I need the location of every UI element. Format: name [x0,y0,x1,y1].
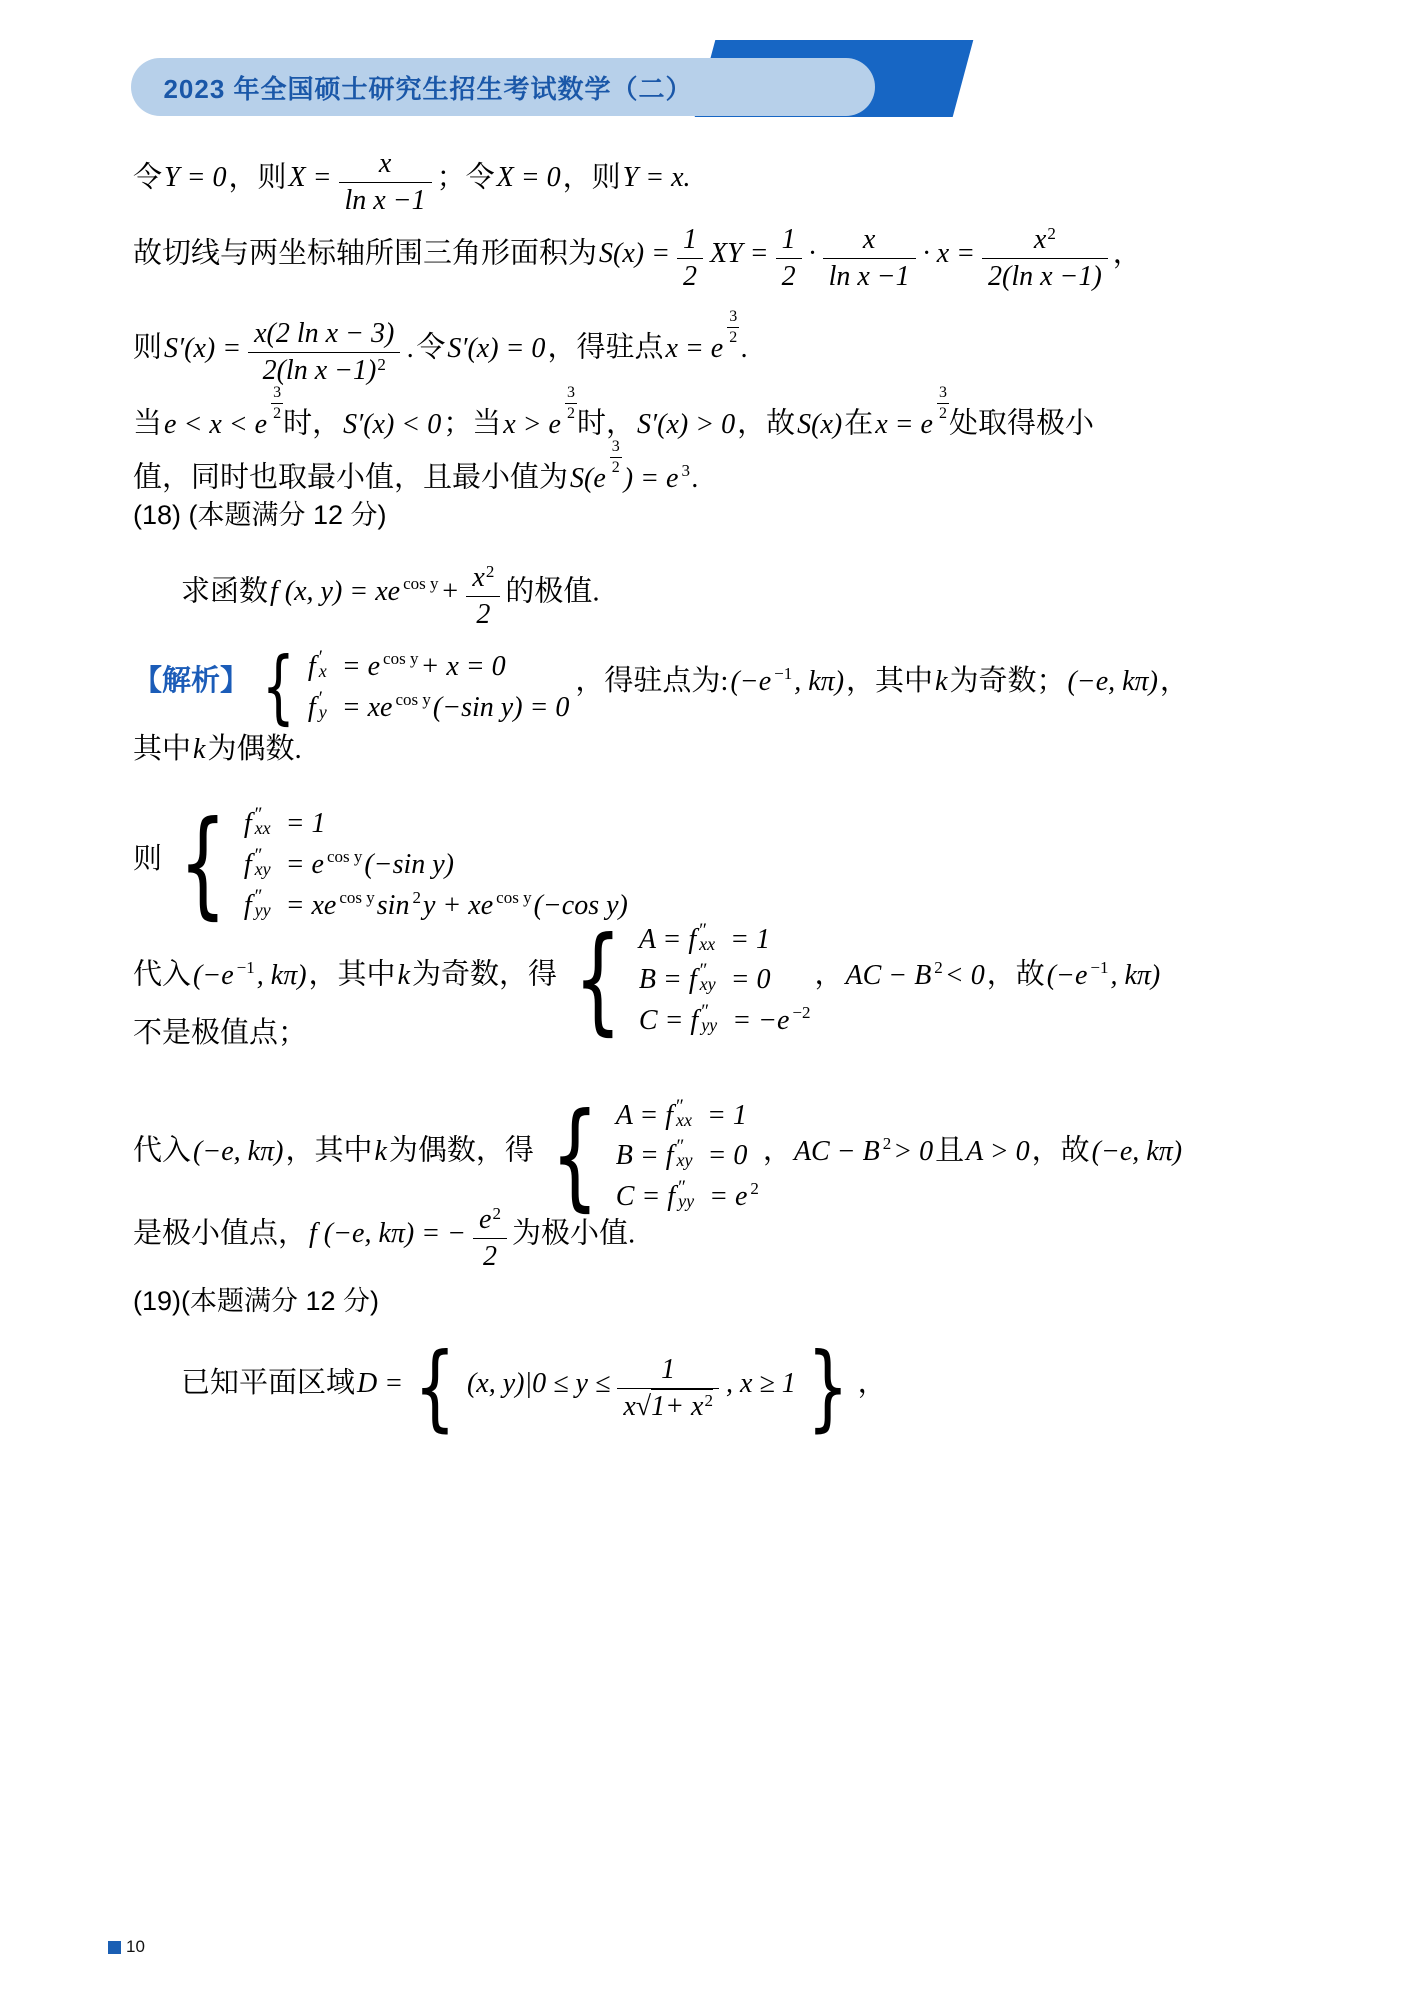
math-run: k [396,960,412,991]
subscript: y [319,701,327,724]
numerator: x2 [982,224,1108,259]
numerator: x [339,148,432,183]
math-run: XY = [708,238,771,269]
den-base: x [623,1391,635,1422]
prime-subscript: ″xx [698,924,728,954]
prime-subscript: ′y [318,692,340,722]
problem-18-heading: (18) (本题满分 12 分) [133,497,387,533]
exponent: 2 [750,1179,759,1198]
text-run: 其中 [133,733,191,765]
text-run: 时， [577,408,635,440]
math-run: (x, y)|0 ≤ y ≤ [465,1368,612,1399]
footer-square-icon [108,1941,121,1954]
text-run: 则 [133,332,162,364]
math-run: f [306,692,318,723]
text-run: 令 [133,161,162,193]
math-run: sin [375,890,412,921]
solution-line: 当e < x < e32时，S′(x) < 0；当x > e32时，S′(x) … [133,384,1094,444]
subscript: xy [677,1149,693,1172]
text-run: 为偶数. [207,733,301,765]
exponent: 2 [704,1391,713,1410]
text-run: ；令 [437,161,495,193]
math-run: , x ≥ 1 [724,1368,798,1399]
denominator: 2 [937,404,949,423]
text-run: ，故 [1032,1135,1090,1167]
document-page: 2023 年全国硕士研究生招生考试数学（二） 令Y = 0，则X =xln x … [0,0,1411,1995]
math-run: k [191,734,207,765]
subscript: xx [699,933,715,956]
math-run: Y = x. [621,162,693,193]
exponent: −1 [1090,958,1108,977]
page-title: 2023 年全国硕士研究生招生考试数学（二） [163,69,842,106]
text-run: 值，同时也取最小值，且最小值为 [133,462,568,494]
subscript: xx [676,1109,692,1132]
exponent: 2 [492,1204,501,1223]
math-run: + [438,576,461,607]
denominator: 2 [610,458,622,477]
math-run: X = [287,162,334,193]
solution-line: 则S′(x) =x(2 ln x − 3)2(ln x −1)2.令S′(x) … [133,308,750,388]
math-run: A = f [614,1100,675,1131]
case-row: f′x= ecos y+ x = 0 [306,648,572,684]
text-run: ，则 [228,161,286,193]
text-run: 代入 [133,1135,191,1167]
exponent: 2 [934,958,943,977]
solution-line: 不是极值点； [133,1014,307,1053]
math-run: = 1 [705,1100,749,1131]
exponent-fraction: 32 [271,384,283,422]
math-run: C = f [637,1005,700,1036]
text-run: 为极小值. [512,1217,635,1249]
numerator: 3 [610,438,622,458]
exponent: cos y [496,888,531,907]
math-run: (−e, kπ) [1090,1136,1184,1167]
left-brace: { [262,650,295,724]
math-run: (−sin y) [362,849,456,880]
exponent: cos y [403,574,438,593]
exponent-fraction: 32 [937,384,949,422]
exponent: 2 [412,888,421,907]
math-run: A = f [637,924,698,955]
math-run: S(x) = [597,238,672,269]
denominator: 2(ln x −1) [982,259,1108,293]
math-run: k [933,666,949,697]
math-run: > 0 [891,1136,935,1167]
math-run: = 1 [284,808,328,839]
exponent: 2 [1047,224,1056,243]
math-run: = 0 [729,964,773,995]
exponent: −1 [774,664,792,683]
math-run: AC − B [844,960,934,991]
text-run: 处取得极小 [949,408,1094,440]
prime-subscript: ″xx [675,1100,705,1130]
math-run: ) = e [622,463,681,494]
denominator: ln x −1 [339,183,432,217]
math-run: AC − B [792,1136,882,1167]
text-run: 时， [283,408,341,440]
text-run: 已知平面区域 [181,1367,355,1399]
math-run: x > e [501,409,563,440]
text-run: 令 [416,332,445,364]
math-run: D = [355,1368,405,1399]
math-run: f [242,808,254,839]
solution-line: 代入(−e, kπ)，其中k为偶数，得{A = f″xx= 1B = f″xy=… [133,1098,1184,1214]
case-row: A = f″xx= 1 [614,1098,759,1133]
text-run: 则 [133,843,162,875]
text-run: ， [815,959,844,991]
exponent-fraction: 32 [565,384,577,422]
exponent-fraction: 32 [727,308,739,346]
exponent: cos y [383,649,418,668]
denominator: ln x −1 [823,259,916,293]
math-run: , kπ) [255,960,309,991]
denominator: x√1+ x2 [617,1389,719,1423]
fraction: 12 [677,224,703,293]
numerator: 3 [727,308,739,328]
heading-text: (19)(本题满分 12 分) [133,1286,379,1316]
prime-subscript: ″yy [254,890,284,920]
math-run: S′(x) < 0 [341,409,443,440]
numerator: 1 [617,1354,719,1389]
numerator: 1 [677,224,703,259]
fraction: x22(ln x −1) [982,224,1108,293]
denominator: 2 [271,404,283,423]
math-run: , kπ) [1108,960,1162,991]
num-base: x [1034,224,1046,255]
solution-line: 【解析】{f′x= ecos y+ x = 0f′y= xecos y(−sin… [133,648,1189,725]
case-row: f′y= xecos y(−sin y) = 0 [306,689,572,725]
prime-subscript: ″yy [700,1005,730,1035]
text-run: 为奇数； [949,665,1065,697]
fraction: x(2 ln x − 3)2(ln x −1)2 [248,318,400,387]
system-rows: f″xx= 1f″xy= ecos y(−sin y)f″yy= xecos y… [242,806,630,923]
denominator: 2 [565,404,577,423]
text-run: ，故 [987,959,1045,991]
math-run: = e [340,651,382,682]
text-run: ，得驻点 [547,332,663,364]
case-row: B = f″xy= 0 [614,1138,759,1173]
text-run: 当 [133,408,162,440]
prime-subscript: ″xy [676,1140,706,1170]
case-row: A = f″xx= 1 [637,922,811,957]
numerator: 1 [776,224,802,259]
text-run: 求函数 [181,575,268,607]
case-row: f″xy= ecos y(−sin y) [242,846,630,882]
math-run: . [739,333,750,364]
exponent: −1 [237,958,255,977]
math-run: (−e [728,666,773,697]
text-run: ， [858,1367,887,1399]
text-run: ，得驻点为: [575,665,728,697]
solution-line: 故切线与两坐标轴所围三角形面积为S(x) =12XY =12·xln x −1·… [133,224,1142,293]
text-run: 的极值. [505,575,599,607]
exponent: 3 [681,461,690,480]
solution-line: 令Y = 0，则X =xln x −1；令X = 0，则Y = x. [133,148,693,217]
problem-18-stem: 求函数f (x, y) = xecos y+x22的极值. [181,562,600,631]
text-run: ，则 [563,161,621,193]
den-base: 2(ln x −1) [263,355,377,386]
math-run: B = f [614,1140,676,1171]
denominator: 2 [776,259,802,293]
system-rows: A = f″xx= 1B = f″xy= 0C = f″yy= e2 [614,1098,759,1214]
solution-line: 则{f″xx= 1f″xy= ecos y(−sin y)f″yy= xecos… [133,806,634,923]
system-rows: f′x= ecos y+ x = 0f′y= xecos y(−sin y) =… [306,648,572,725]
exponent: cos y [327,847,362,866]
text-run: 是极小值点， [133,1217,307,1249]
math-run: B = f [637,964,699,995]
text-run: ，其中 [846,665,933,697]
math-run: x = e [873,409,935,440]
radicand: 1+ x2 [651,1389,713,1422]
text-run: ， [1113,237,1142,269]
text-run: 在 [844,408,873,440]
math-run: S(e [568,463,608,494]
case-row: C = f″yy= −e−2 [637,1002,811,1038]
math-run: X = 0 [495,162,563,193]
page-footer: 10 [108,1937,145,1957]
fraction: 12 [776,224,802,293]
subscript: xx [255,817,271,840]
math-run: . [405,333,416,364]
fraction: e22 [473,1204,507,1273]
math-run: = e [707,1181,749,1212]
case-row: f″yy= xecos ysin2y + xecos y(−cos y) [242,887,630,923]
math-run: (−e, kπ) [191,1136,285,1167]
case-row: f″xx= 1 [242,806,630,841]
fraction: 1x√1+ x2 [617,1354,719,1423]
text-run: ，故 [737,408,795,440]
math-run: · x = [921,238,977,269]
numerator: 3 [565,384,577,404]
math-run: + x = 0 [418,651,507,682]
left-brace: { [551,1103,599,1210]
subscript: yy [701,1014,717,1037]
math-run: . [690,463,701,494]
exponent: 2 [377,355,386,374]
analysis-tag: 【解析】 [133,665,249,697]
math-run: S′(x) = 0 [445,333,547,364]
right-set-brace: } [807,1346,849,1431]
subscript: yy [255,899,271,922]
numerator: e2 [473,1204,507,1239]
case-row: C = f″yy= e2 [614,1178,759,1214]
fraction: x22 [466,562,500,631]
subscript: xy [255,858,271,881]
fraction: xln x −1 [339,148,432,217]
math-run: (−e [1045,960,1090,991]
left-brace: { [179,811,227,918]
math-run: x = e [663,333,725,364]
math-run: = 1 [728,924,772,955]
left-brace: { [574,927,622,1034]
numerator: 3 [271,384,283,404]
prime-subscript: ″xy [254,849,284,879]
text-run: ；当 [443,408,501,440]
text-run: ，其中 [285,1135,372,1167]
exponent: cos y [395,690,430,709]
exponent: 2 [486,562,495,581]
solution-line: 是极小值点，f (−e, kπ) = −e22为极小值. [133,1204,635,1273]
math-run: f [306,651,318,682]
left-set-brace: { [414,1346,456,1431]
math-run: < 0 [943,960,987,991]
text-run: 代入 [133,959,191,991]
math-run: f (x, y) = xe [268,576,402,607]
text-run: 故切线与两坐标轴所围三角形面积为 [133,237,597,269]
problem-19-heading: (19)(本题满分 12 分) [133,1283,379,1319]
header-band: 2023 年全国硕士研究生招生考试数学（二） [131,58,875,116]
exponent: −2 [792,1003,810,1022]
text-run: ， [1160,665,1189,697]
text-run: 不是极值点； [133,1017,307,1049]
math-run: , kπ) [792,666,846,697]
math-run: f [242,890,254,921]
prime-subscript: ′x [318,651,340,681]
num-base: e [479,1204,491,1235]
text-run: ， [763,1135,792,1167]
math-run: k [372,1136,388,1167]
numerator: x2 [466,562,500,597]
equation-system: {A = f″xx= 1B = f″xy= 0C = f″yy= e2 [538,1098,759,1214]
math-run: · [807,238,818,269]
denominator: 2 [727,328,739,347]
subscript: xy [700,973,716,996]
text-run: 且 [935,1135,964,1167]
math-run: S′(x) > 0 [635,409,737,440]
text-run: 为奇数，得 [412,959,557,991]
equation-system: {f″xx= 1f″xy= ecos y(−sin y)f″yy= xecos … [166,806,630,923]
prime-subscript: ″xy [699,964,729,994]
page-number: 10 [126,1937,145,1957]
denominator: 2 [677,259,703,293]
solution-line: 其中k为偶数. [133,730,302,769]
math-run: = −e [730,1005,791,1036]
subscript: x [319,660,327,683]
text-run: 为偶数，得 [389,1135,534,1167]
radicand-base: 1+ x [651,1391,703,1422]
equation-system: {f′x= ecos y+ x = 0f′y= xecos y(−sin y) … [253,648,571,725]
math-run: S(x) [795,409,844,440]
numerator: x [823,224,916,259]
math-run: y + xe [421,890,495,921]
exponent: 2 [883,1134,892,1153]
case-row: B = f″xy= 0 [637,962,811,997]
math-run: (−e [191,960,236,991]
math-run: = xe [284,890,339,921]
numerator: 3 [937,384,949,404]
problem-19-stem: 已知平面区域D ={(x, y)|0 ≤ y ≤1x√1+ x2, x ≥ 1}… [181,1346,887,1431]
text-run: ，其中 [309,959,396,991]
exponent: cos y [339,888,374,907]
math-run: = xe [340,692,395,723]
denominator: 2 [466,597,500,631]
subscript: yy [678,1190,694,1213]
equation-system: {A = f″xx= 1B = f″xy= 0C = f″yy= −e−2 [561,922,810,1038]
denominator: 2 [473,1239,507,1273]
numerator: x(2 ln x − 3) [248,318,400,353]
math-run: Y = 0 [162,162,228,193]
num-base: x [472,562,484,593]
math-run: (−e, kπ) [1065,666,1159,697]
math-run: f [242,849,254,880]
math-run: S′(x) = [162,333,243,364]
math-run: (−sin y) = 0 [431,692,572,723]
math-run: f (−e, kπ) = − [307,1218,468,1249]
sqrt-sign: √ [636,1391,651,1422]
prime-subscript: ″yy [677,1181,707,1211]
system-rows: A = f″xx= 1B = f″xy= 0C = f″yy= −e−2 [637,922,811,1038]
math-run: = e [284,849,326,880]
denominator: 2(ln x −1)2 [248,353,400,387]
solution-line: 值，同时也取最小值，且最小值为S(e32) = e3. [133,438,701,498]
fraction: xln x −1 [823,224,916,293]
heading-text: (18) (本题满分 12 分) [133,500,387,530]
exponent-fraction: 32 [610,438,622,476]
math-run: A > 0 [964,1136,1032,1167]
math-run: = 0 [706,1140,750,1171]
math-run: e < x < e [162,409,269,440]
prime-subscript: ″xx [254,808,284,838]
